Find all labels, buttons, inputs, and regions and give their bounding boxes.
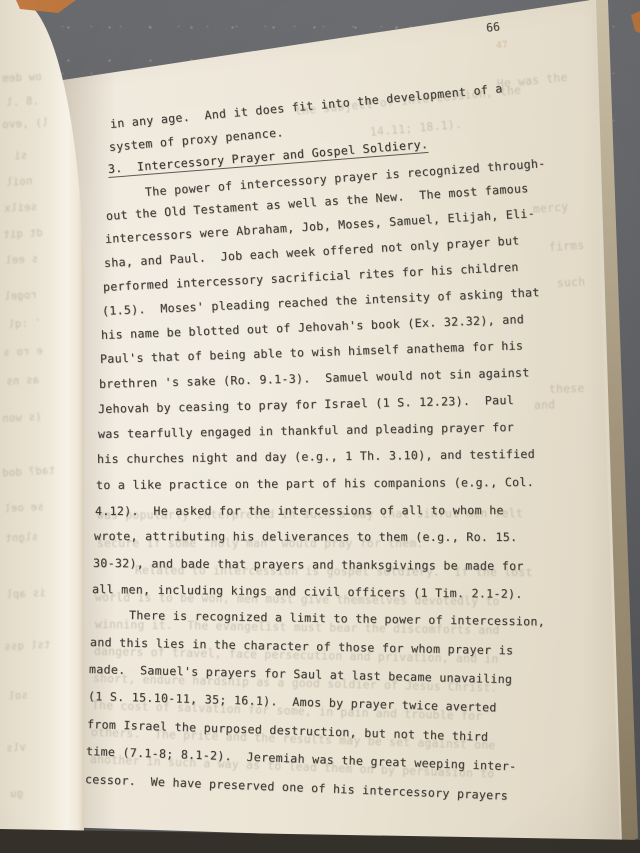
ghost-page-number: 47 [495,39,508,51]
curl-text-fragment: dt qit [3,227,43,241]
curl-text-fragment: ow dem [2,71,42,85]
curl-text-fragment: noil [6,175,33,188]
curl-text-fragment: (s won [2,411,42,425]
document-page: He was thethe subject of intercession, t… [0,0,640,853]
curl-text-fragment: sol [8,689,28,702]
ghost-text-fragment: and [534,398,556,412]
text-line: wrote, attributing his deliverances to t… [94,530,517,544]
curl-text-fragment: slgnt [5,531,39,545]
page-number: 66 [485,19,500,34]
text-line: 30-32), and bade that prayers and thanks… [93,557,524,573]
curl-text-fragment: rogel [4,289,38,303]
curl-text-fragment: vls [6,741,26,754]
ghost-text-fragment: these [549,382,585,396]
curl-text-fragment: si [14,150,28,163]
curl-text-fragment: seilx [4,201,38,215]
curl-text-fragment: tsl qss [4,639,51,653]
curl-text-fragment: se oel [4,501,44,515]
curl-text-fragment: tad? dod [2,465,56,480]
curl-text-fragment: ' :ql [8,317,42,331]
curl-text-fragment: .8 .l [6,95,40,109]
curl-text-fragment: gu [10,788,24,801]
ghost-text-fragment: firms [549,239,585,254]
curl-text-fragment: is apl [6,587,46,601]
ghost-text-fragment: such [557,276,586,290]
ghost-text-fragment: mercy [533,201,569,216]
curl-text-fragment: as ns [6,374,40,388]
text-line: to a like practice on the part of his co… [96,476,534,492]
curl-text-fragment: e ro s [3,345,43,359]
curl-text-fragment: l) ,evo [2,117,49,131]
text-line: 4.12). He asked for the intercessions of… [95,504,504,518]
photo-of-book-page: He was thethe subject of intercession, t… [0,0,640,853]
previous-page-curl: ow dem.8 .ll) ,evosinoilseilxdt qits eel… [0,0,84,842]
curl-text-fragment: s eel [5,253,39,267]
